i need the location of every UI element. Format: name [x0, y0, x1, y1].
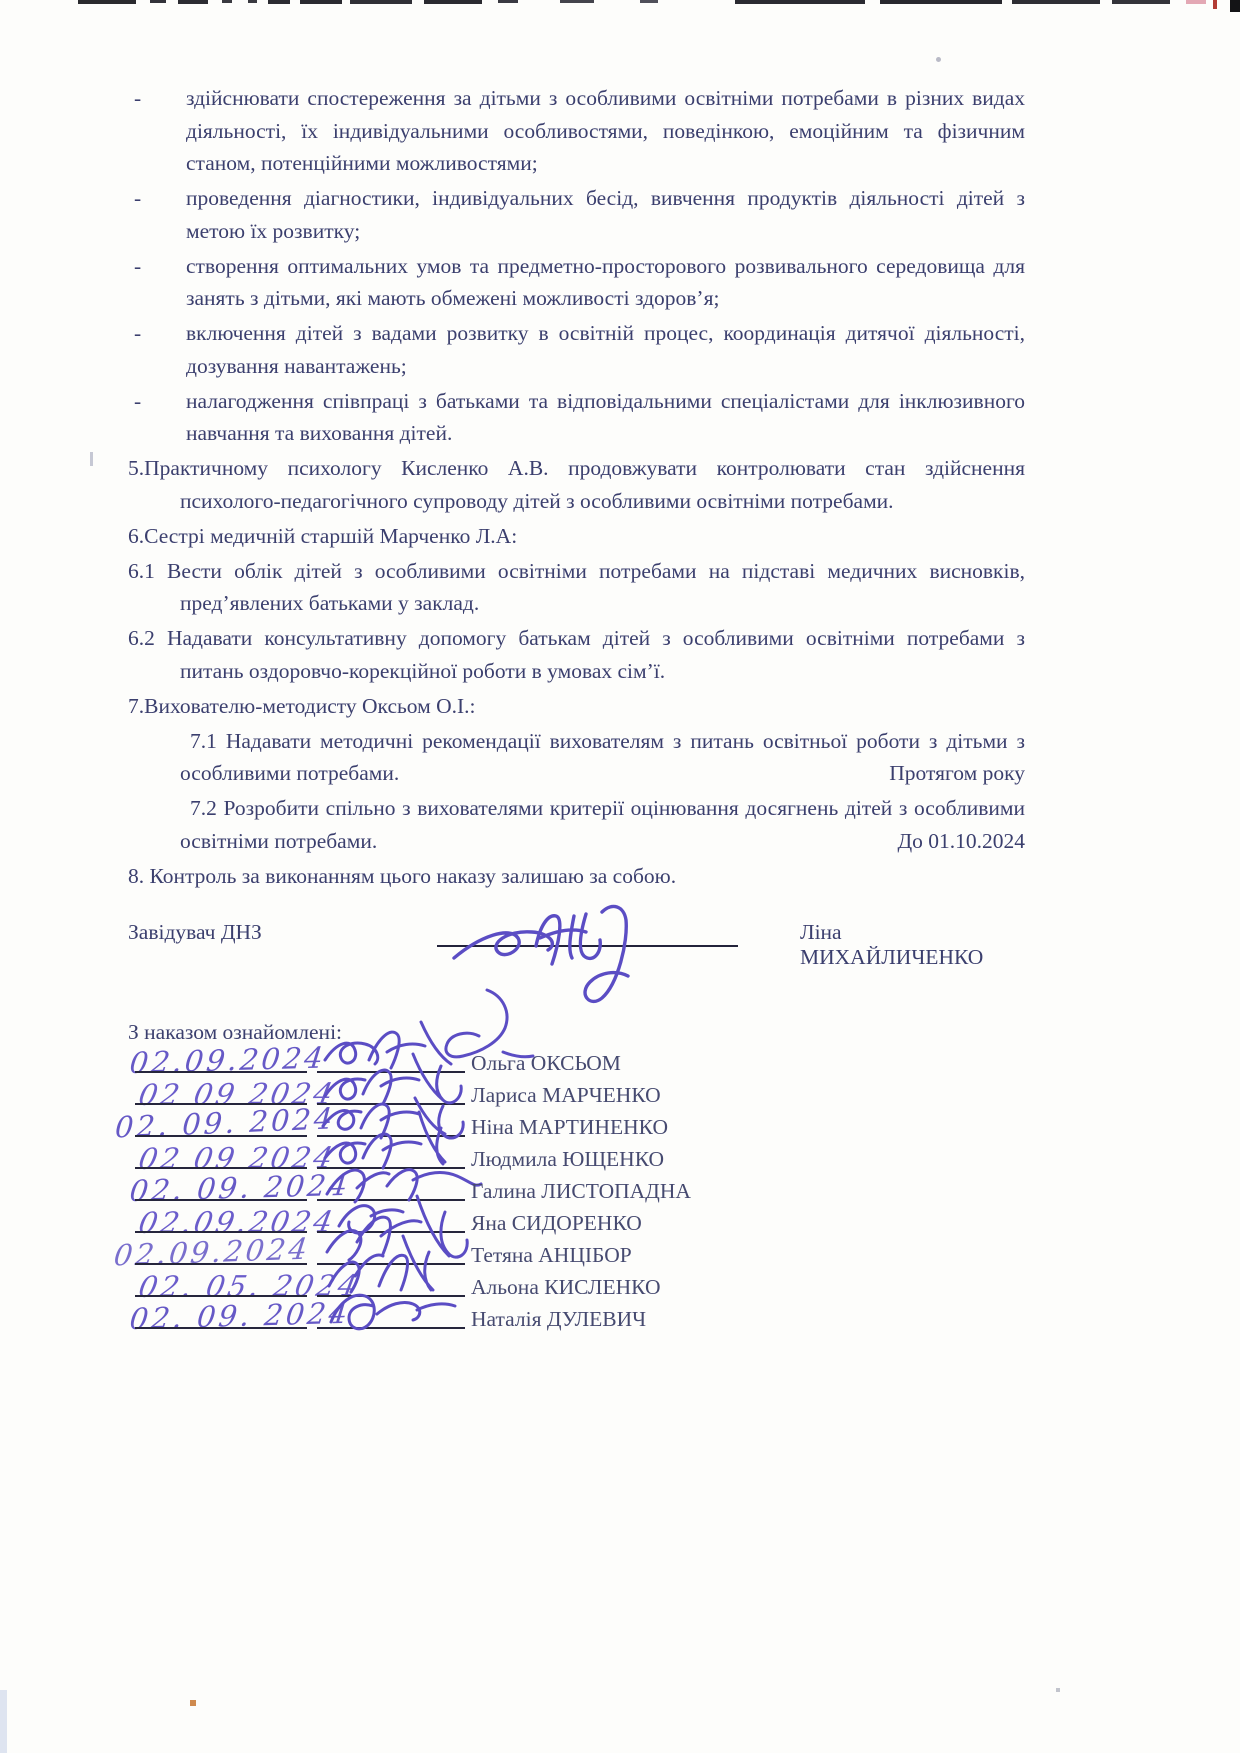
- bullet-dash: -: [128, 385, 186, 450]
- scan-speck: [190, 1700, 196, 1706]
- bullet-dash: -: [128, 182, 186, 247]
- order-item-8: 8. Контроль за виконанням цього наказу з…: [128, 860, 1025, 893]
- bullet-item-cooperation: - налагодження співпраці з батьками та в…: [128, 385, 1025, 450]
- bullet-text: налагодження співпраці з батьками та від…: [186, 385, 1025, 450]
- director-signature-row: Завідувач ДНЗ Ліна МИХАЙЛИЧЕНКО: [128, 918, 1025, 988]
- signature-line: [437, 945, 738, 947]
- ack-row: 02.09.2024 Яна СИДОРЕНКО: [0, 1201, 1240, 1233]
- ack-row: 02. 09. 2024 Галина ЛИСТОПАДНА: [0, 1169, 1240, 1201]
- order-item-5: 5.Практичному психологу Кисленко А.В. пр…: [128, 452, 1025, 517]
- bullet-text: проведення діагностики, індивідуальних б…: [186, 182, 1025, 247]
- ack-row: 02.09.2024 Ольга ОКСЬОМ: [0, 1041, 1240, 1073]
- bullet-text: включення дітей з вадами розвитку в осві…: [186, 317, 1025, 382]
- ack-row: 02. 09. 2024 Наталія ДУЛЕВИЧ: [0, 1297, 1240, 1329]
- acknowledgement-list: 02.09.2024 Ольга ОКСЬОМ 02 09 2024 Ларис…: [0, 1041, 1240, 1329]
- date-line: [135, 1327, 307, 1329]
- deadline-7-1: Протягом року: [889, 757, 1025, 790]
- order-item-7-1: 7.1 Надавати методичні рекомендації вихо…: [128, 725, 1025, 790]
- handwritten-date: 02. 09. 2024: [128, 1296, 352, 1336]
- bullet-dash: -: [128, 82, 186, 180]
- ack-row: 02.09.2024 Тетяна АНЦІБОР: [0, 1233, 1240, 1265]
- order-item-6-2: 6.2 Надавати консультативну допомогу бат…: [128, 622, 1025, 687]
- deadline-7-2: До 01.10.2024: [897, 825, 1025, 858]
- order-item-7: 7.Вихователю-методисту Оксьом О.І.:: [128, 690, 1025, 723]
- ack-name: Наталія ДУЛЕВИЧ: [471, 1307, 646, 1332]
- director-role: Завідувач ДНЗ: [128, 920, 262, 945]
- order-item-6-1: 6.1 Вести облік дітей з особливими освіт…: [128, 555, 1025, 620]
- ack-row: 02 09 2024 Людмила ЮЩЕНКО: [0, 1137, 1240, 1169]
- bullet-text: здійснювати спостереження за дітьми з ос…: [186, 82, 1025, 180]
- bullet-item-inclusion: - включення дітей з вадами розвитку в ос…: [128, 317, 1025, 382]
- bullet-text: створення оптимальних умов та предметно-…: [186, 250, 1025, 315]
- bullet-dash: -: [128, 250, 186, 315]
- ack-row: 02. 09. 2024 Ніна МАРТИНЕНКО: [0, 1105, 1240, 1137]
- bullet-dash: -: [128, 317, 186, 382]
- scanned-order-page: { "page": { "background": "#fdfdfb", "te…: [0, 0, 1240, 1753]
- ack-row: 02 09 2024 Лариса МАРЧЕНКО: [0, 1073, 1240, 1105]
- bullet-item-environment: - створення оптимальних умов та предметн…: [128, 250, 1025, 315]
- scan-speck: [936, 57, 941, 62]
- bullet-item-observation: - здійснювати спостереження за дітьми з …: [128, 82, 1025, 180]
- director-name: Ліна МИХАЙЛИЧЕНКО: [800, 920, 1025, 970]
- signature-line: [317, 1327, 465, 1329]
- order-item-7-2: 7.2 Розробити спільно з вихователями кри…: [128, 792, 1025, 857]
- order-body: - здійснювати спостереження за дітьми з …: [128, 82, 1025, 895]
- scan-speck: [1056, 1688, 1060, 1692]
- ack-row: 02. 05. 2024 Альона КИСЛЕНКО: [0, 1265, 1240, 1297]
- scan-artifact-left-strip: [0, 1690, 7, 1753]
- order-item-6: 6.Сестрі медичній старшій Марченко Л.А:: [128, 520, 1025, 553]
- scan-speck: [90, 452, 93, 466]
- bullet-item-diagnostics: - проведення діагностики, індивідуальних…: [128, 182, 1025, 247]
